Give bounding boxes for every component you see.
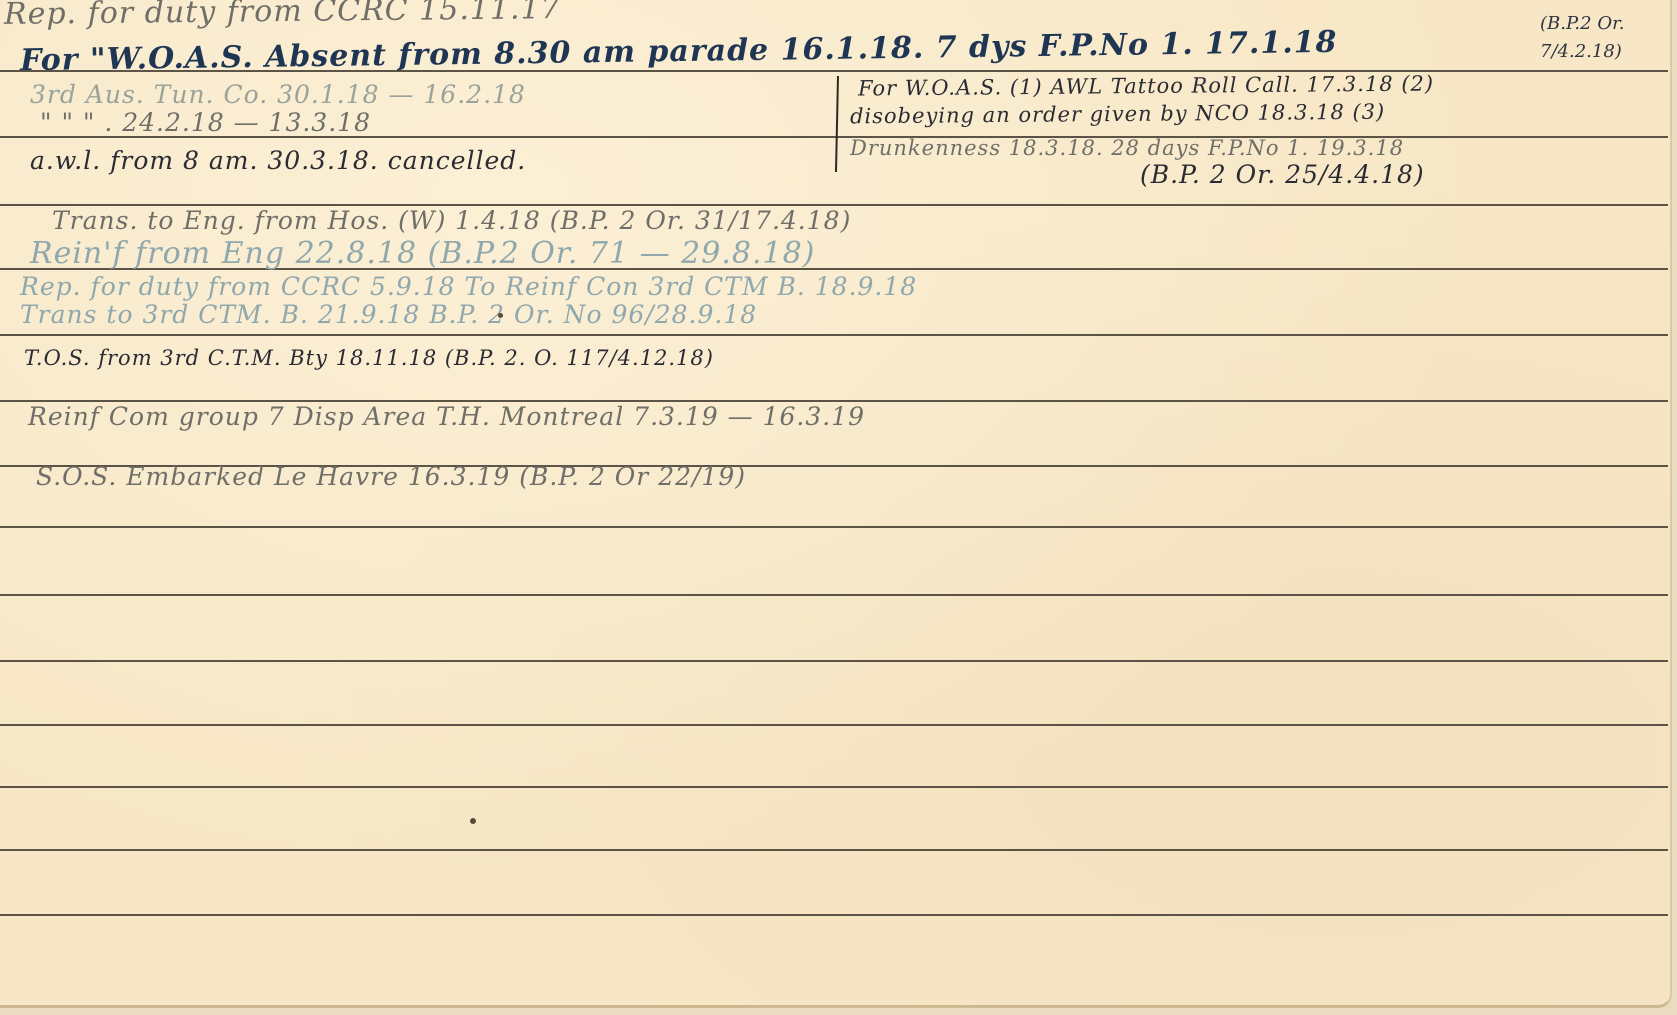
ruled-line bbox=[0, 849, 1668, 851]
ruled-line bbox=[0, 724, 1668, 726]
entry-awl-cancelled: a.w.l. from 8 am. 30.3.18. cancelled. bbox=[30, 146, 526, 175]
entry-reinf-from-eng: Rein'f from Eng 22.8.18 (B.P.2 Or. 71 — … bbox=[30, 236, 815, 271]
record-card: Rep. for duty from CCRC 15.11.17 For "W.… bbox=[0, 0, 1672, 1008]
paper-speck bbox=[498, 313, 503, 318]
entry-reinf-com-montreal: Reinf Com group 7 Disp Area T.H. Montrea… bbox=[28, 402, 865, 431]
entry-trans-to-3rd-ctm: Trans to 3rd CTM. B. 21.9.18 B.P. 2 Or. … bbox=[20, 300, 757, 329]
entry-rep-for-duty-ccrc-1917: Rep. for duty from CCRC 15.11.17 bbox=[4, 0, 561, 32]
entry-3rd-aus-tun-co-2: " " " . 24.2.18 — 13.3.18 bbox=[40, 108, 371, 137]
entry-trans-to-eng: Trans. to Eng. from Hos. (W) 1.4.18 (B.P… bbox=[52, 206, 851, 235]
column-divider bbox=[835, 76, 839, 172]
entry-sos-embarked-le-havre: S.O.S. Embarked Le Havre 16.3.19 (B.P. 2… bbox=[36, 462, 746, 491]
entry-tos-from-3rd-ctm: T.O.S. from 3rd C.T.M. Bty 18.11.18 (B.P… bbox=[24, 346, 714, 370]
entry-absent-bp-reference: (B.P.2 Or. 7/4.2.18) bbox=[1540, 10, 1670, 66]
entry-woas-awl-tattoo: For W.O.A.S. (1) AWL Tattoo Roll Call. 1… bbox=[858, 71, 1434, 100]
entry-3rd-aus-tun-co-1: 3rd Aus. Tun. Co. 30.1.18 — 16.2.18 bbox=[30, 80, 526, 109]
entry-drunkenness: Drunkenness 18.3.18. 28 days F.P.No 1. 1… bbox=[850, 136, 1404, 160]
entry-disobeying-order: disobeying an order given by NCO 18.3.18… bbox=[850, 100, 1385, 129]
ruled-line bbox=[0, 914, 1668, 916]
entry-rep-for-duty-ccrc-1918: Rep. for duty from CCRC 5.9.18 To Reinf … bbox=[20, 272, 917, 301]
paper-speck bbox=[470, 818, 476, 824]
ruled-line bbox=[0, 660, 1668, 662]
ruled-line bbox=[0, 526, 1668, 528]
ruled-line bbox=[0, 594, 1668, 596]
ruled-line bbox=[0, 334, 1668, 336]
entry-drunkenness-bp-reference: (B.P. 2 Or. 25/4.4.18) bbox=[1140, 160, 1425, 189]
ruled-line bbox=[0, 786, 1668, 788]
